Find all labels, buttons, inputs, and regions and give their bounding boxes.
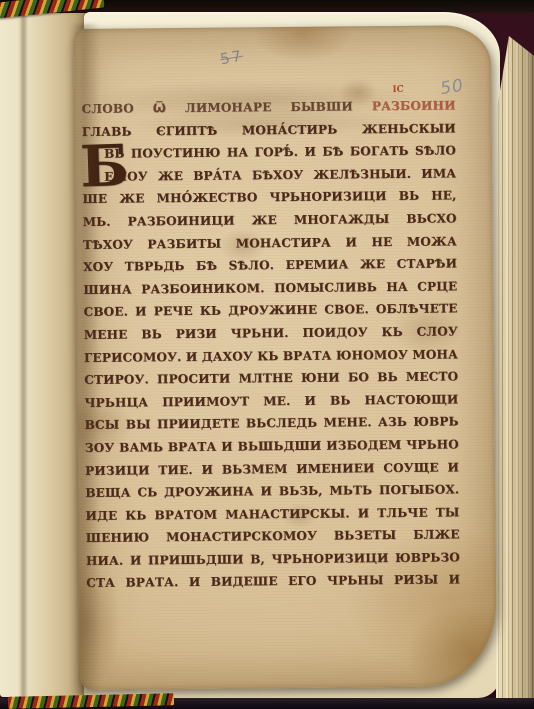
manuscript-line-13: СТИРОУ. ПРОСИТИ МЛТНЕ ЮНИ БО ВЬ МЕСТО <box>84 365 458 391</box>
manuscript-line-11: МЕНЕ ВЬ РИЗИ ЧРЬНИ. ПОИДОУ КЬ СЛОУ <box>84 320 458 346</box>
manuscript-line-3: ВЬ ПОУСТИНЮ НА ГОРѢ́. И БѢ БОГАТЬ ЅѢЛО <box>82 140 456 166</box>
book-fore-edge <box>496 36 534 699</box>
manuscript-title-line: СЛОВО Ѿ ЛИМОНАРЕ БЫВШИ РАЗБОИНИ <box>81 94 455 120</box>
manuscript-line-16: ЗОУ ВАМЬ ВРАТА И ВЬШЬДШИ ИЗБОДЕМ ЧРЬНО <box>85 433 459 459</box>
title-rubric-text: РАЗБОИНИ <box>372 98 456 113</box>
pencil-folio-number: 57 <box>219 47 245 69</box>
illuminated-initial: Б <box>79 137 130 195</box>
page-fold-crease <box>19 13 28 697</box>
text-block: Б СЛОВО Ѿ ЛИМОНАРЕ БЫВШИ РАЗБОИНИГЛАВЬ Є… <box>81 94 460 595</box>
manuscript-line-18: ВЕЩА СЬ ДРОУЖИНА И ВЬЗЬ, МЬТЬ ПОГЫБОХ. <box>85 478 459 504</box>
rubric-mark: ІС̃ <box>392 85 403 95</box>
title-text: СЛОВО Ѿ ЛИМОНАРЕ БЫВШИ <box>82 99 372 116</box>
manuscript-page: 57 50 ІС̃ Б СЛОВО Ѿ ЛИМОНАРЕ БЫВШИ РАЗБО… <box>74 25 497 690</box>
manuscript-photo: 57 50 ІС̃ Б СЛОВО Ѿ ЛИМОНАРЕ БЫВШИ РАЗБО… <box>0 0 534 709</box>
fore-edge-shading <box>496 36 534 699</box>
manuscript-line-6: МЬ. РАЗБОИНИЦИ ЖЕ МНОГАЖДЫ ВЬСХО <box>83 207 457 233</box>
manuscript-line-8: ХОУ ТВРЬДЬ БѢ ЅѢЛО. ЕРЕМИА ЖЕ СТАРѢИ <box>83 253 457 279</box>
manuscript-line-22: СТА ВРАТА. И ВИДЕШЕ ЕГО ЧРЬНЫ РИЗЫ И <box>86 569 460 595</box>
